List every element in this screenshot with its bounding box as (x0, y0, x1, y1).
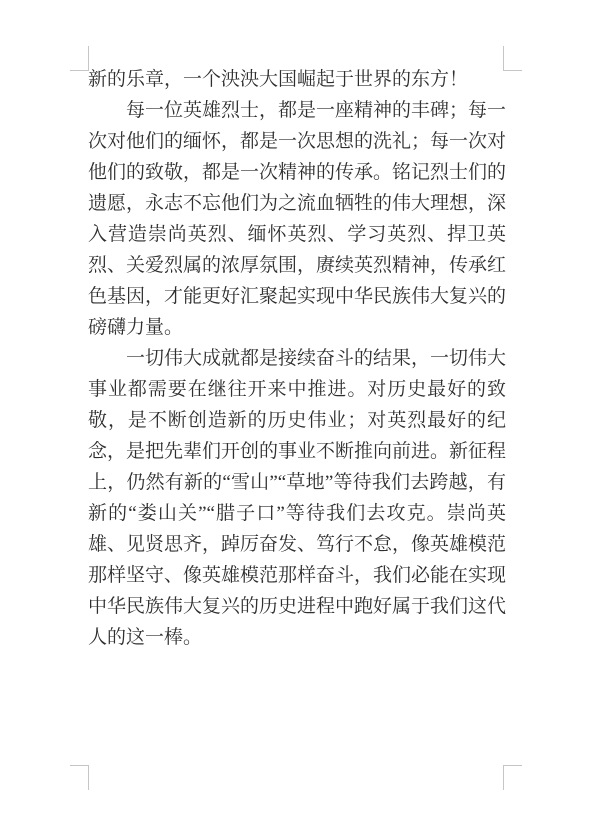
document-text-area: 新的乐章，一个泱泱大国崛起于世界的东方！ 每一位英雄烈士，都是一座精神的丰碑；每… (88, 64, 506, 653)
paragraph-new-chapter-continuation: 新的乐章，一个泱泱大国崛起于世界的东方！ (88, 64, 506, 95)
document-page: 新的乐章，一个泱泱大国崛起于世界的东方！ 每一位英雄烈士，都是一座精神的丰碑；每… (0, 0, 593, 840)
paragraph-great-achievements-struggle: 一切伟大成就都是接续奋斗的结果，一切伟大事业都需要在继往开来中推进。对历史最好的… (88, 343, 506, 653)
crop-mark-top-left (70, 46, 89, 71)
crop-mark-bottom-right (503, 765, 522, 790)
crop-mark-bottom-left (70, 765, 89, 790)
paragraph-hero-martyrs-monument: 每一位英雄烈士，都是一座精神的丰碑；每一次对他们的缅怀，都是一次思想的洗礼；每一… (88, 95, 506, 343)
